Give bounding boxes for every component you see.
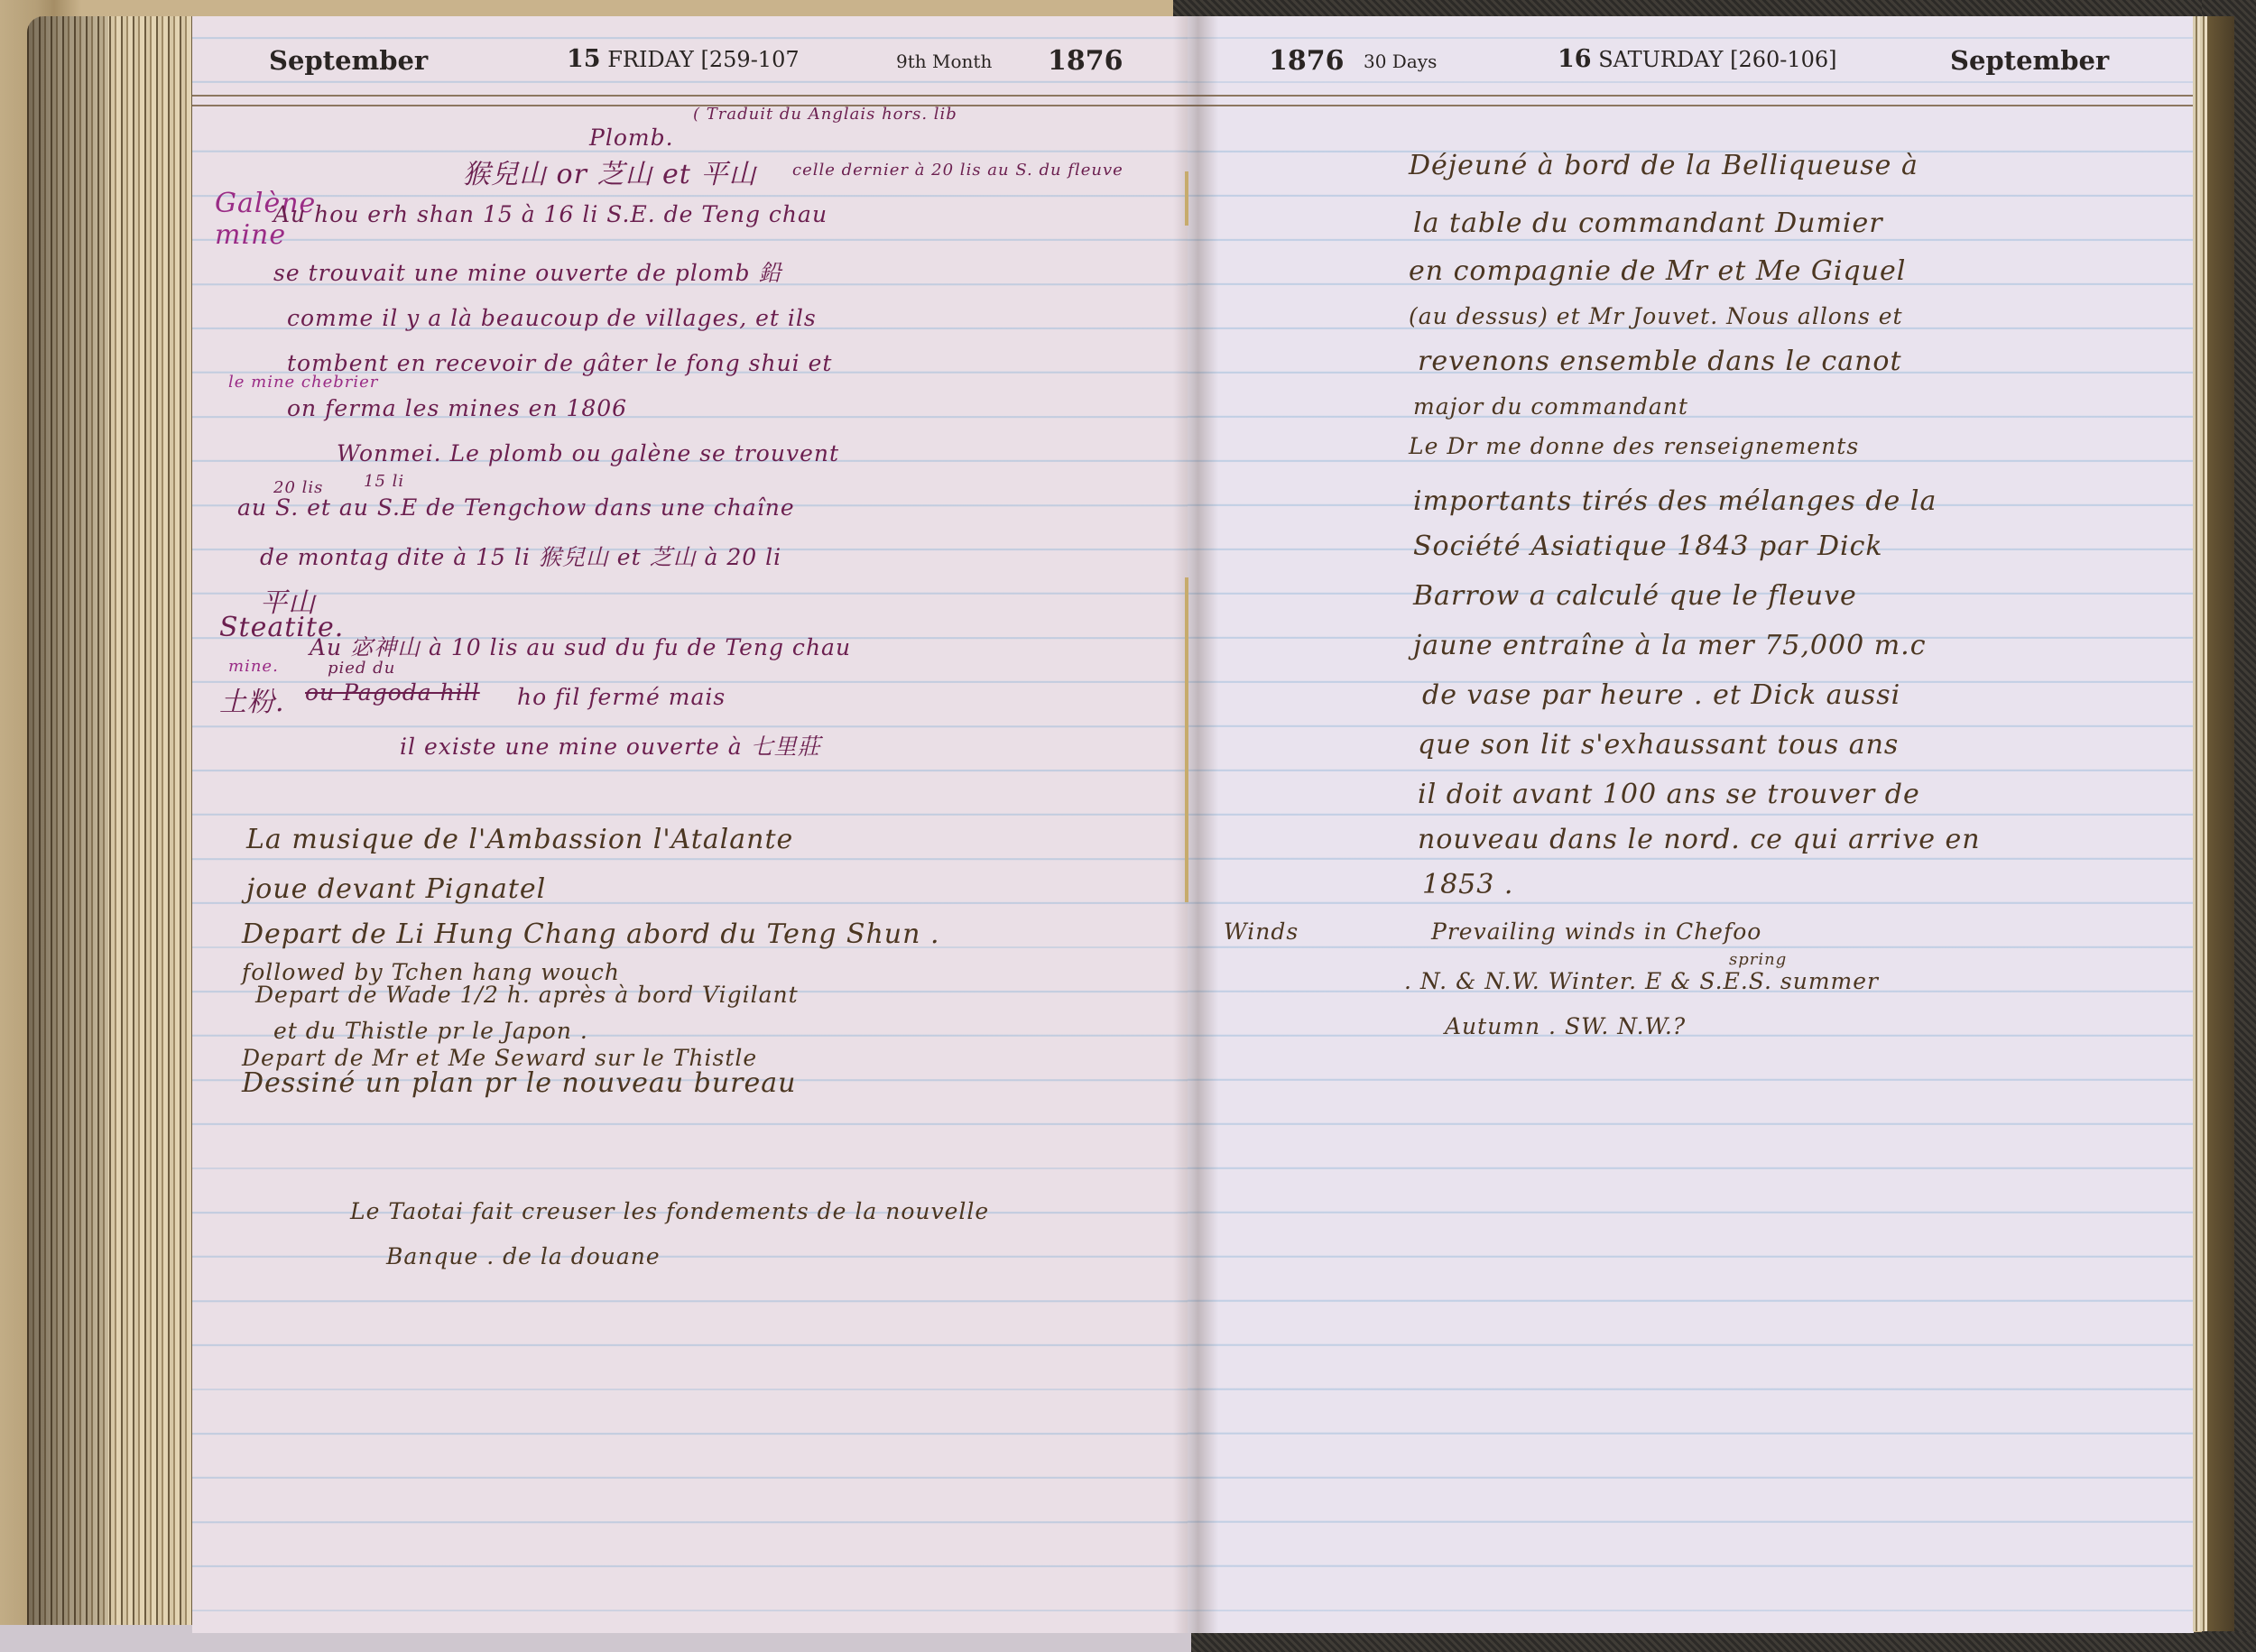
text-line: au S. et au S.E de Tengchow dans une cha… xyxy=(237,494,795,521)
binding-stitch xyxy=(1185,577,1188,902)
text-line: de montag dite à 15 li 猴兒山 et 芝山 à 20 li xyxy=(260,540,781,572)
text-line: Déjeuné à bord de la Belliqueuse à xyxy=(1409,150,1919,181)
text-line: revenons ensemble dans le canot xyxy=(1418,346,1902,377)
header-month: September xyxy=(269,45,428,76)
header-day-counter: [259-107 xyxy=(701,47,800,72)
text-line: se trouvait une mine ouverte de plomb 鉛 xyxy=(273,255,782,288)
left-page-stack-edges xyxy=(27,16,194,1631)
text-line: de vase par heure . et Dick aussi xyxy=(1422,679,1900,711)
text-line: Dessiné un plan pr le nouveau bureau xyxy=(242,1067,796,1099)
book-cover-bottom xyxy=(1182,1632,2256,1652)
right-page-stack-edges xyxy=(2193,16,2207,1631)
margin-note: Winds xyxy=(1224,918,1299,945)
book-gutter xyxy=(1173,16,1218,1633)
text-line: il existe une mine ouverte à 七里莊 xyxy=(400,729,821,761)
text-line-superscript: Plomb. xyxy=(589,125,674,151)
text-line: Le Dr me donne des renseignements xyxy=(1409,433,1859,459)
header-day-counter: [260-106] xyxy=(1730,47,1836,72)
text-line: Depart de Wade 1/2 h. après à bord Vigil… xyxy=(255,982,799,1008)
text-line: Barrow a calculé que le fleuve xyxy=(1413,580,1857,612)
text-line: Autumn . SW. N.W.? xyxy=(1445,1013,1686,1039)
header-year: 1876 xyxy=(1048,45,1123,77)
text-line: Depart de Li Hung Chang abord du Teng Sh… xyxy=(242,918,940,950)
text-line: ( Traduit du Anglais hors. lib xyxy=(693,105,957,124)
text-line-superscript: spring xyxy=(1729,950,1787,969)
text-line: tombent en recevoir de gâter le fong shu… xyxy=(287,350,832,376)
margin-note: 土粉. xyxy=(219,679,285,719)
text-line: Prevailing winds in Chefoo xyxy=(1431,918,1761,945)
text-line-superscript: pied du xyxy=(328,659,395,678)
text-line: Banque . de la douane xyxy=(386,1243,661,1269)
text-line: 1853 . xyxy=(1422,869,1513,900)
text-line: il doit avant 100 ans se trouver de xyxy=(1418,779,1920,810)
text-line: major du commandant xyxy=(1413,393,1688,420)
text-line: Société Asiatique 1843 par Dick xyxy=(1413,531,1883,562)
book-cover-top xyxy=(1173,0,2256,16)
header-day: 16 SATURDAY [260-106] xyxy=(1558,45,1837,73)
text-line: la table du commandant Dumier xyxy=(1413,208,1883,239)
text-line: (au dessus) et Mr Jouvet. Nous allons et xyxy=(1409,303,1903,329)
header-weekday: SATURDAY xyxy=(1598,47,1723,72)
header-double-rule xyxy=(1188,95,2194,106)
struck-text: ou Pagoda hill xyxy=(305,679,480,706)
text-line-superscript: celle dernier à 20 lis au S. du fleuve xyxy=(792,161,1123,180)
text-line: on ferma les mines en 1806 xyxy=(287,395,627,421)
text-line: nouveau dans le nord. ce qui arrive en xyxy=(1418,824,1981,855)
header-double-rule xyxy=(192,95,1188,106)
text-line: . N. & N.W. Winter. E & S.E.S. summer xyxy=(1404,968,1879,994)
header-day: 15 FRIDAY [259-107 xyxy=(567,45,800,73)
margin-note: mine. xyxy=(228,657,279,676)
text-line: et du Thistle pr le Japon . xyxy=(273,1018,588,1044)
text-line: La musique de l'Ambassion l'Atalante xyxy=(246,824,793,855)
text-line: que son lit s'exhaussant tous ans xyxy=(1418,729,1899,761)
right-page-block-edge xyxy=(2207,16,2234,1631)
text-line: 平山 xyxy=(260,580,316,620)
header-day-number: 16 xyxy=(1558,45,1592,73)
header-days-in-month: 30 Days xyxy=(1364,51,1437,72)
text-line: Au hou erh shan 15 à 16 li S.E. de Teng … xyxy=(273,201,828,227)
text-line: Wonmei. Le plomb ou galène se trouvent xyxy=(337,440,839,466)
binding-stitch xyxy=(1185,171,1188,226)
header-day-number: 15 xyxy=(567,45,601,73)
text-line: ho fil fermé mais xyxy=(517,684,726,710)
left-page: September 15 FRIDAY [259-107 9th Month 1… xyxy=(192,16,1188,1633)
text-line: jaune entraîne à la mer 75,000 m.c xyxy=(1413,630,1927,661)
header-weekday: FRIDAY xyxy=(607,47,694,72)
right-page: 1876 30 Days 16 SATURDAY [260-106] Septe… xyxy=(1188,16,2194,1633)
text-line: Le Taotai fait creuser les fondements de… xyxy=(350,1198,989,1224)
header-year: 1876 xyxy=(1269,45,1345,77)
text-line: joue devant Pignatel xyxy=(246,873,546,905)
text-line-superscript: 15 li xyxy=(364,472,404,491)
text-line: en compagnie de Mr et Me Giquel xyxy=(1409,255,1906,287)
text-line: importants tirés des mélanges de la xyxy=(1413,485,1937,517)
text-line: comme il y a là beaucoup de villages, et… xyxy=(287,305,817,331)
header-month: September xyxy=(1950,45,2109,76)
text-line: Au 宓神山 à 10 lis au sud du fu de Teng cha… xyxy=(310,630,851,662)
text-line: 猴兒山 or 芝山 et 平山 xyxy=(463,152,756,191)
header-month-ordinal: 9th Month xyxy=(896,51,992,72)
